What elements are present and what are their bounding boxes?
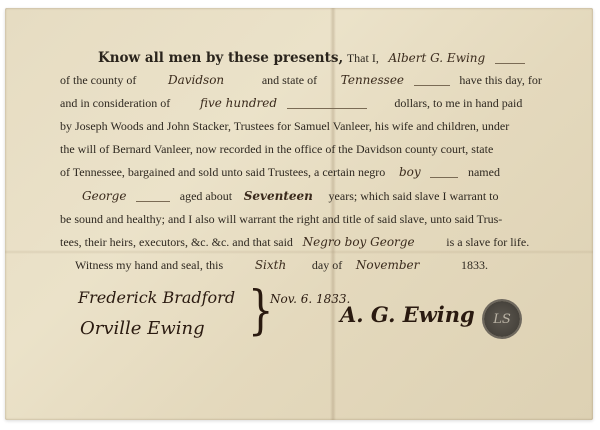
handwritten-month: November — [356, 258, 420, 272]
printed-text: and state of — [262, 73, 317, 87]
printed-text: aged about — [180, 189, 232, 203]
horizontal-fold-crease — [5, 250, 593, 254]
witness-date: Nov. 6. 1833. — [270, 292, 350, 306]
handwritten-county: Davidson — [168, 73, 224, 87]
printed-text: of the county of — [60, 73, 136, 87]
document-heading: Know all men by these presents, — [98, 50, 343, 66]
wax-seal: LS — [484, 301, 520, 337]
printed-text: and in consideration of — [60, 96, 170, 110]
line-life: tees, their heirs, executors, &c. &c. an… — [60, 234, 530, 250]
handwritten-age: Seventeen — [244, 189, 313, 203]
handwritten-descriptor: boy — [399, 165, 421, 179]
printed-text: named — [468, 165, 500, 179]
printed-text: years; which said slave I warrant to — [329, 189, 499, 203]
line-witness: Witness my hand and seal, this Sixth day… — [75, 257, 545, 273]
printed-text: be sound and healthy; and I also will wa… — [60, 212, 502, 226]
printed-text: is a slave for life. — [446, 235, 529, 249]
line-heading: Know all men by these presents, That I, … — [98, 50, 568, 66]
printed-text: day of — [312, 258, 342, 272]
line-trustees: by Joseph Woods and John Stacker, Truste… — [60, 118, 530, 134]
handwritten-seller-name: Albert G. Ewing — [388, 51, 485, 65]
printed-text: tees, their heirs, executors, &c. &c. an… — [60, 235, 293, 249]
seal-monogram: LS — [493, 312, 511, 327]
printed-text: have this day, for — [459, 73, 542, 87]
handwritten-amount: five hundred — [200, 96, 277, 110]
line-will: the will of Bernard Vanleer, now recorde… — [60, 141, 530, 157]
blank-line — [136, 193, 170, 202]
printed-text: of Tennessee, bargained and sold unto sa… — [60, 165, 385, 179]
printed-text: dollars, to me in hand paid — [394, 96, 522, 110]
witness-signature-2: Orville Ewing — [80, 318, 205, 339]
line-county: of the county of Davidson and state of T… — [60, 72, 530, 88]
witness-brace: } — [248, 281, 273, 341]
blank-line — [430, 169, 458, 178]
printed-text: by Joseph Woods and John Stacker, Truste… — [60, 119, 509, 133]
blank-line — [287, 100, 367, 109]
line-age: George aged about Seventeen years; which… — [60, 188, 530, 204]
handwritten-name: George — [82, 189, 126, 203]
line-consideration: and in consideration of five hundred dol… — [60, 95, 530, 111]
line-warranty: be sound and healthy; and I also will wa… — [60, 211, 530, 227]
printed-text: That I, — [347, 51, 379, 65]
witness-signature-1: Frederick Bradford — [78, 288, 235, 307]
blank-line — [495, 55, 525, 64]
blank-line — [414, 77, 450, 86]
line-sold: of Tennessee, bargained and sold unto sa… — [60, 164, 530, 180]
handwritten-subject: Negro boy George — [303, 235, 415, 249]
handwritten-day: Sixth — [255, 258, 286, 272]
printed-text: the will of Bernard Vanleer, now recorde… — [60, 142, 493, 156]
seller-signature: A. G. Ewing — [340, 302, 475, 327]
printed-year: 1833. — [461, 258, 488, 272]
printed-text: Witness my hand and seal, this — [75, 258, 223, 272]
handwritten-state: Tennessee — [341, 73, 404, 87]
